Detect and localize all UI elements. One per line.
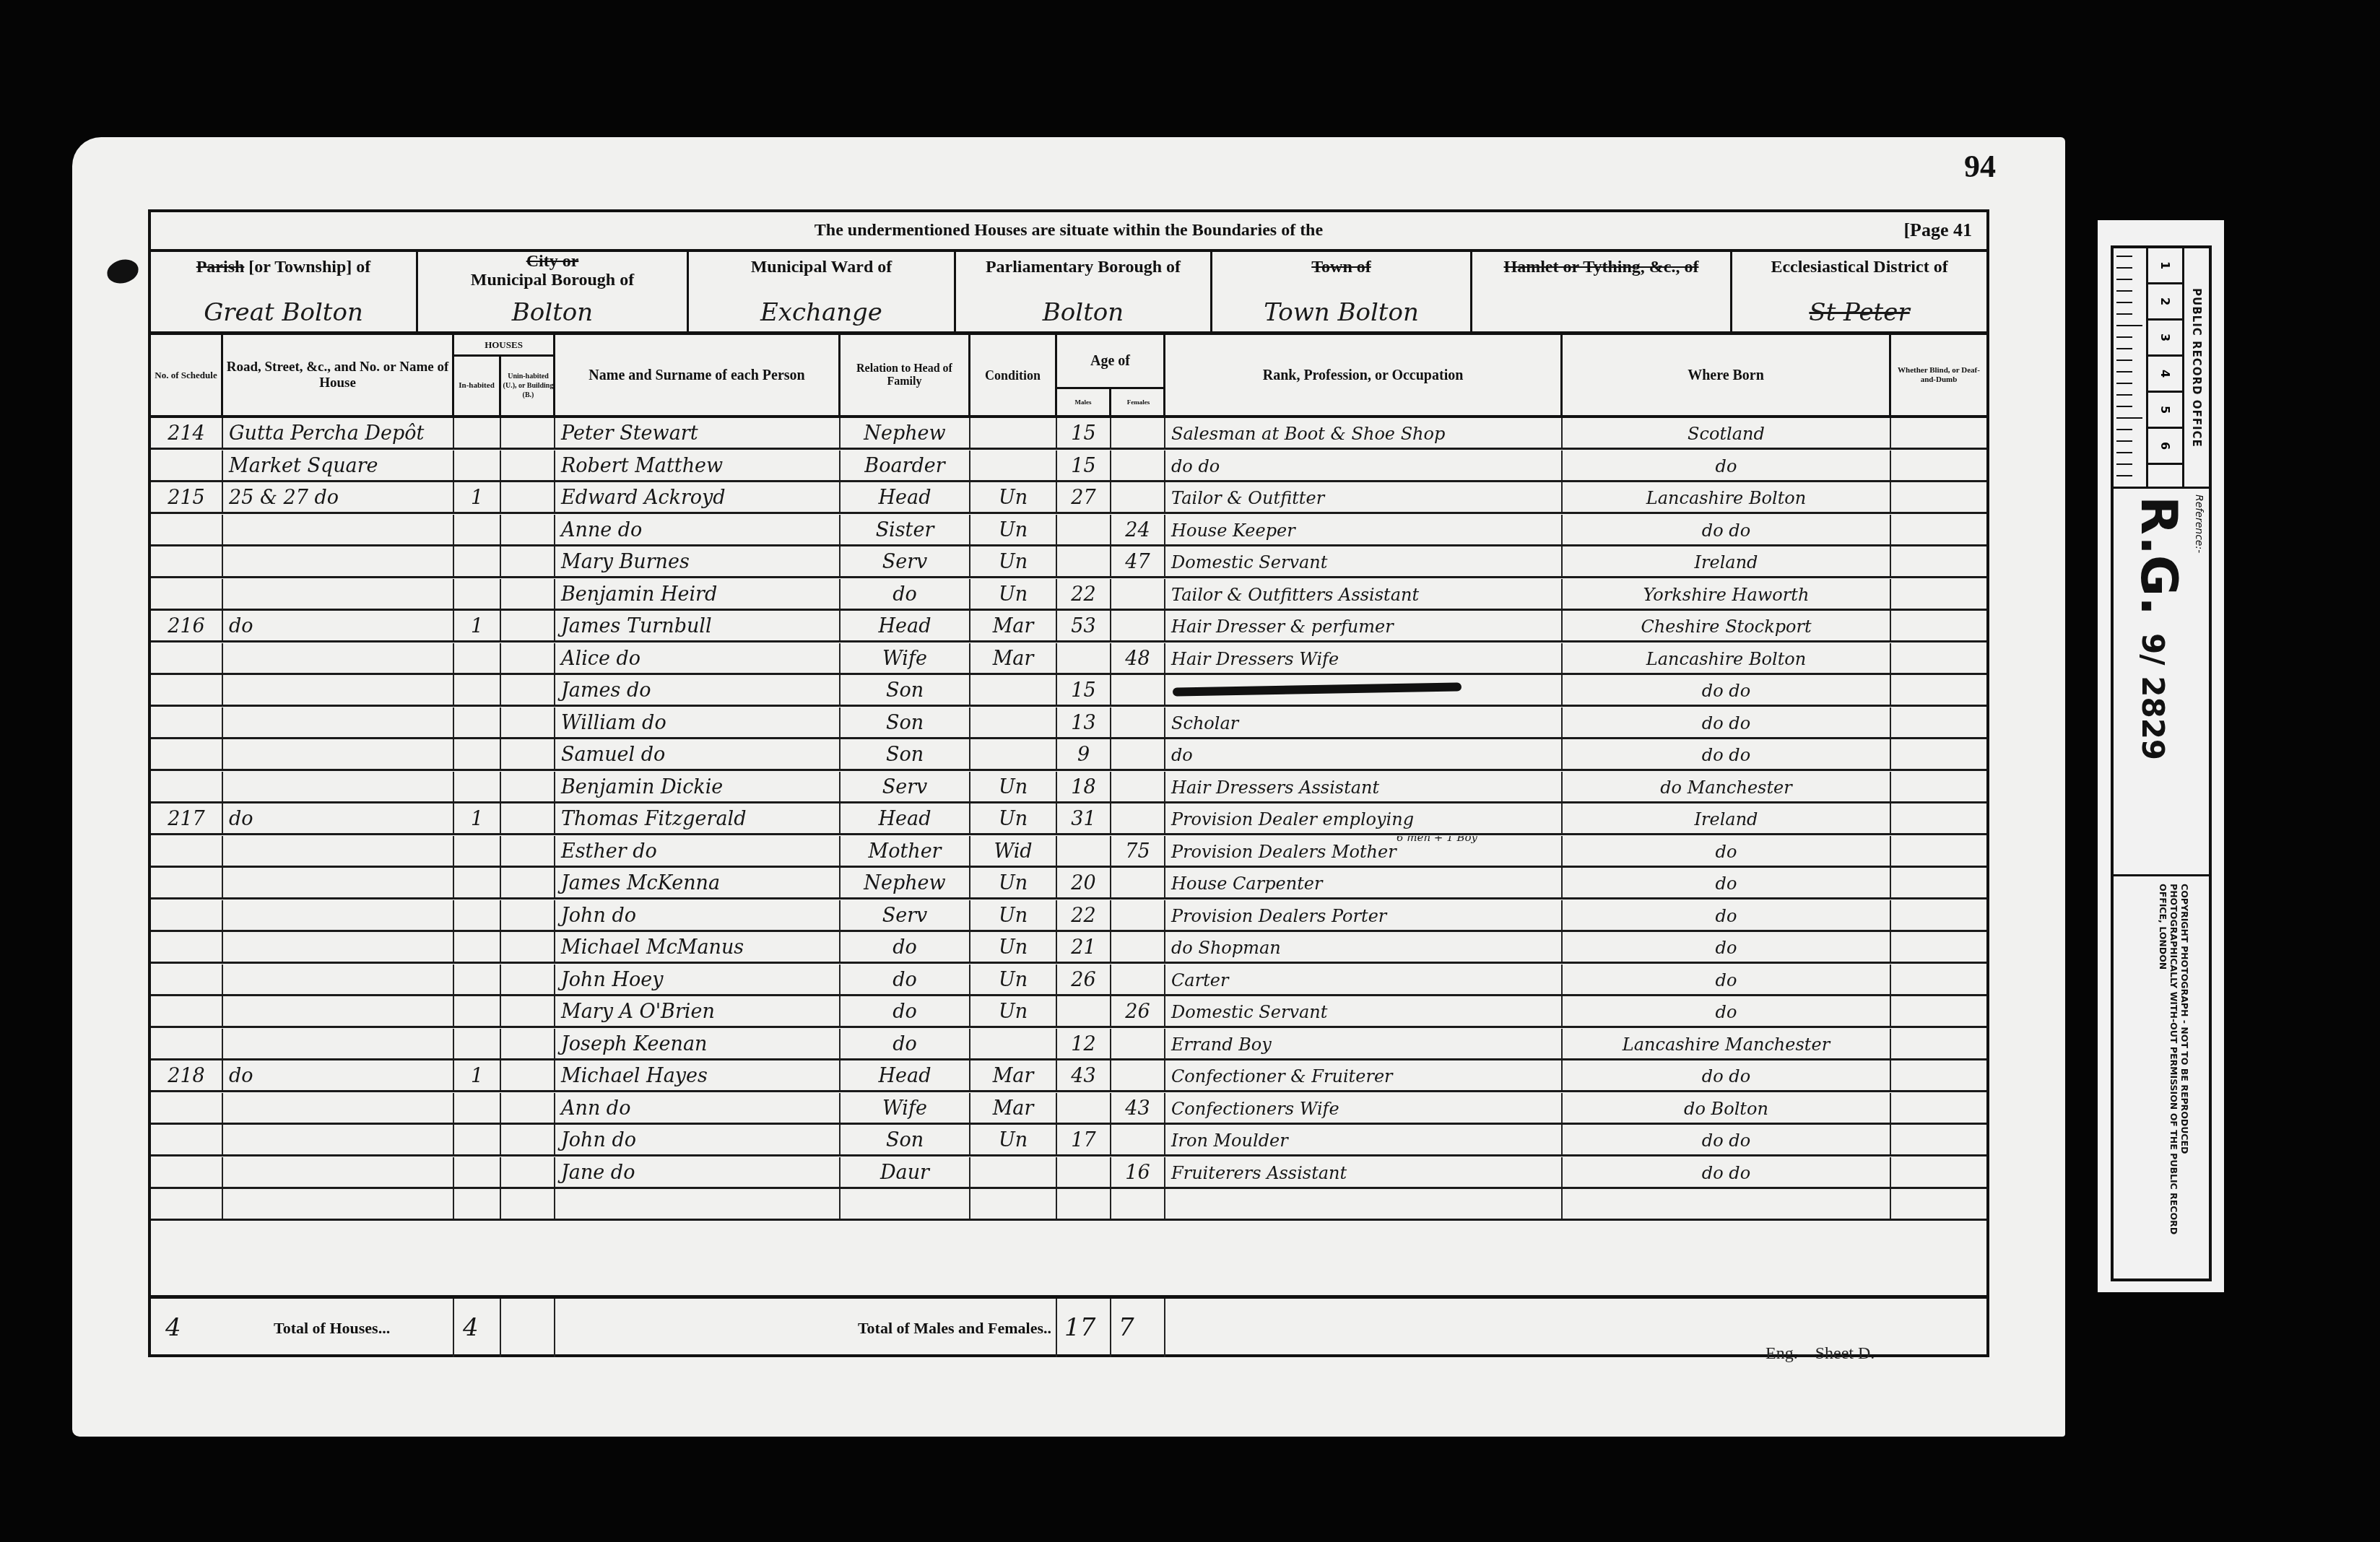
cell-female-age [1111, 579, 1165, 609]
cell-condition: Un [970, 1125, 1057, 1154]
cell-inhabited [454, 1157, 501, 1187]
cell-relation: Daur [841, 1157, 970, 1187]
cell-female-age: 26 [1111, 996, 1165, 1026]
cell-occupation: Hair Dressers Wife [1165, 643, 1563, 673]
cell-male-age: 17 [1057, 1125, 1111, 1154]
ruler-tick [2116, 290, 2132, 292]
cell-occupation: Scholar [1165, 707, 1563, 737]
reference-prefix: R.G. [2129, 496, 2189, 616]
total-schedules: 4 [165, 1313, 181, 1342]
cell-road [223, 964, 454, 994]
cell-where-born: do do [1563, 739, 1891, 769]
cell-female-age: 24 [1111, 515, 1165, 544]
cell-name: Esther do [555, 836, 841, 866]
form-title-row: The undermentioned Houses are situate wi… [151, 212, 1986, 252]
cell-male-age: 22 [1057, 900, 1111, 930]
total-females: 7 [1119, 1313, 1134, 1342]
cell-name: James Turnbull [555, 611, 841, 640]
cell-blind-deaf [1891, 482, 1986, 512]
cell-male-age: 12 [1057, 1029, 1111, 1058]
cell-male-age: 20 [1057, 868, 1111, 897]
table-row: Benjamin HeirddoUn22Tailor & Outfitters … [151, 579, 1986, 611]
cell-relation: Head [841, 803, 970, 833]
cell-inhabited [454, 418, 501, 448]
cell-relation: Son [841, 707, 970, 737]
cell-occupation: Iron Moulder [1165, 1125, 1563, 1154]
cell-occupation: Salesman at Boot & Shoe Shop [1165, 418, 1563, 448]
table-row: Benjamin DickieServUn18Hair Dressers Ass… [151, 772, 1986, 803]
location-value: Exchange [689, 298, 954, 327]
label-struck: Town of [1311, 258, 1371, 276]
cell-blind-deaf [1891, 1093, 1986, 1123]
cell-condition: Mar [970, 1060, 1057, 1090]
cell-where-born: Ireland [1563, 803, 1891, 833]
cell-where-born: Lancashire Manchester [1563, 1029, 1891, 1058]
cell-female-age [1111, 1029, 1165, 1058]
location-parliamentary-borough: Parliamentary Borough of Bolton [956, 252, 1212, 331]
cell-road [223, 900, 454, 930]
cell-occupation: Hair Dresser & perfumer [1165, 611, 1563, 640]
col-houses: HOUSES In-habited Unin-habited (U.), or … [454, 335, 555, 415]
cell-male-age: 15 [1057, 675, 1111, 705]
cell-blind-deaf [1891, 643, 1986, 673]
cell-blind-deaf [1891, 932, 1986, 962]
scale-label: 2 [2158, 297, 2172, 305]
cell-relation: do [841, 964, 970, 994]
label: Parliamentary Borough of [986, 258, 1181, 276]
cell-condition [970, 1189, 1057, 1219]
cell-male-age: 21 [1057, 932, 1111, 962]
cell-condition [970, 1029, 1057, 1058]
cell-blind-deaf [1891, 579, 1986, 609]
cell-occupation: do Shopman [1165, 932, 1563, 962]
reference-box: Reference:- R.G. 9/ 2829 [2114, 487, 2209, 876]
cell-road [223, 515, 454, 544]
cell-female-age [1111, 675, 1165, 705]
cell-uninhabited [501, 1029, 555, 1058]
cell-where-born [1563, 1189, 1891, 1219]
cell-inhabited [454, 643, 501, 673]
cell-inhabited [454, 836, 501, 866]
cell-blind-deaf [1891, 450, 1986, 480]
scale-label: 6 [2158, 442, 2172, 450]
cell-male-age: 27 [1057, 482, 1111, 512]
cell-relation: Son [841, 675, 970, 705]
cell-where-born: do [1563, 836, 1891, 866]
cell-blind-deaf [1891, 868, 1986, 897]
table-row: Esther doMotherWid75Provision Dealers Mo… [151, 836, 1986, 868]
cell-name: Mary Burnes [555, 546, 841, 576]
cell-uninhabited [501, 772, 555, 801]
cell-relation: Son [841, 1125, 970, 1154]
cell-relation: Head [841, 611, 970, 640]
cell-schedule [151, 1189, 223, 1219]
cell-road [223, 1189, 454, 1219]
scale-label: 3 [2158, 334, 2172, 341]
cell-inhabited [454, 1093, 501, 1123]
public-record-office-label: PUBLIC RECORD OFFICE [2184, 248, 2209, 487]
cell-road [223, 1093, 454, 1123]
cell-blind-deaf [1891, 772, 1986, 801]
cell-condition: Mar [970, 643, 1057, 673]
col-inhabited: In-habited [454, 357, 501, 415]
cell-uninhabited [501, 803, 555, 833]
cell-female-age [1111, 739, 1165, 769]
cell-inhabited [454, 964, 501, 994]
cell-relation: Serv [841, 772, 970, 801]
folio-number: 94 [1964, 148, 1996, 185]
cell-schedule: 216 [151, 611, 223, 640]
cell-schedule [151, 707, 223, 737]
ruler-tick [2116, 336, 2132, 338]
cell-schedule [151, 996, 223, 1026]
cell-name: Joseph Keenan [555, 1029, 841, 1058]
cell-name: Peter Stewart [555, 418, 841, 448]
cell-uninhabited [501, 611, 555, 640]
cell-blind-deaf [1891, 1157, 1986, 1187]
label-struck: Hamlet or Tything, &c., of [1504, 258, 1699, 276]
cell-condition: Un [970, 964, 1057, 994]
cell-male-age: 26 [1057, 964, 1111, 994]
cell-female-age [1111, 932, 1165, 962]
label: Municipal Ward of [751, 258, 892, 276]
cell-occupation: Domestic Servant [1165, 546, 1563, 576]
cell-schedule [151, 675, 223, 705]
cell-female-age: 48 [1111, 643, 1165, 673]
cell-road: do [223, 803, 454, 833]
cell-road [223, 1029, 454, 1058]
ruler-tick [2116, 279, 2132, 280]
cell-uninhabited [501, 868, 555, 897]
cell-schedule [151, 579, 223, 609]
cell-uninhabited [501, 1060, 555, 1090]
location-town: Town of Town Bolton [1212, 252, 1472, 331]
cell-schedule [151, 1157, 223, 1187]
cell-occupation: Domestic Servant [1165, 996, 1563, 1026]
cell-relation: Nephew [841, 868, 970, 897]
cell-name: Jane do [555, 1157, 841, 1187]
cell-relation: Wife [841, 1093, 970, 1123]
scale-5: 5 [2148, 393, 2182, 429]
cell-relation: do [841, 1029, 970, 1058]
cell-inhabited: 1 [454, 803, 501, 833]
cell-female-age [1111, 803, 1165, 833]
cell-blind-deaf [1891, 1029, 1986, 1058]
cell-inhabited [454, 1125, 501, 1154]
cell-occupation: do [1165, 739, 1563, 769]
cell-occupation: Provision Dealers Porter [1165, 900, 1563, 930]
cell-male-age: 15 [1057, 418, 1111, 448]
cell-where-born: do do [1563, 675, 1891, 705]
location-municipal-borough: City orMunicipal Borough of Bolton [418, 252, 689, 331]
cell-relation: Head [841, 1060, 970, 1090]
cell-name: Robert Matthew [555, 450, 841, 480]
cell-relation: Serv [841, 900, 970, 930]
cell-road: do [223, 611, 454, 640]
cell-inhabited: 1 [454, 611, 501, 640]
cell-name: William do [555, 707, 841, 737]
cell-relation [841, 1189, 970, 1219]
cell-where-born: do [1563, 868, 1891, 897]
office-name: PUBLIC RECORD OFFICE [2190, 288, 2203, 448]
cell-female-age [1111, 772, 1165, 801]
table-row: John doServUn22Provision Dealers Porterd… [151, 900, 1986, 932]
cell-occupation: Fruiterers Assistant [1165, 1157, 1563, 1187]
cell-road [223, 772, 454, 801]
scale-label: 1 [2158, 261, 2172, 269]
cell-inhabited [454, 868, 501, 897]
scale-1: 1 [2148, 248, 2182, 284]
cell-occupation: Errand Boy [1165, 1029, 1563, 1058]
cell-where-born: Scotland [1563, 418, 1891, 448]
cell-female-age [1111, 868, 1165, 897]
cell-male-age [1057, 1093, 1111, 1123]
cell-uninhabited [501, 579, 555, 609]
cell-occupation: do do [1165, 450, 1563, 480]
cell-male-age: 43 [1057, 1060, 1111, 1090]
cell-condition: Un [970, 482, 1057, 512]
total-persons-label: Total of Males and Females.. [858, 1319, 1051, 1338]
cell-where-born: do do [1563, 1125, 1891, 1154]
cell-blind-deaf [1891, 900, 1986, 930]
cell-blind-deaf [1891, 1060, 1986, 1090]
cell-female-age [1111, 450, 1165, 480]
cell-uninhabited [501, 1157, 555, 1187]
cell-where-born: do [1563, 996, 1891, 1026]
ruler-tick [2116, 440, 2132, 442]
cell-condition: Mar [970, 1093, 1057, 1123]
cell-schedule: 214 [151, 418, 223, 448]
cell-schedule [151, 643, 223, 673]
cell-uninhabited [501, 900, 555, 930]
table-row: Samuel doSon9dodo do [151, 739, 1986, 771]
cell-condition [970, 1157, 1057, 1187]
cell-where-born: do [1563, 450, 1891, 480]
cell-occupation: Provision Dealers Mother6 men + 1 Boy [1165, 836, 1563, 866]
cell-relation: do [841, 996, 970, 1026]
cell-condition: Un [970, 900, 1057, 930]
cell-uninhabited [501, 1189, 555, 1219]
cell-female-age [1111, 482, 1165, 512]
cell-blind-deaf [1891, 1125, 1986, 1154]
scale-6: 6 [2148, 429, 2182, 465]
cell-condition [970, 418, 1057, 448]
cell-uninhabited [501, 996, 555, 1026]
scale-3: 3 [2148, 321, 2182, 357]
table-row: Anne doSisterUn24House Keeperdo do [151, 515, 1986, 546]
cell-road: do [223, 1060, 454, 1090]
cell-road [223, 707, 454, 737]
cell-road [223, 1125, 454, 1154]
cell-where-born: do Bolton [1563, 1093, 1891, 1123]
cell-where-born: do [1563, 932, 1891, 962]
cell-inhabited [454, 675, 501, 705]
cell-road [223, 836, 454, 866]
cell-occupation: Confectioner & Fruiterer [1165, 1060, 1563, 1090]
cell-schedule [151, 964, 223, 994]
location-row: Parish [or Township] of Great Bolton Cit… [151, 252, 1986, 335]
cell-female-age [1111, 900, 1165, 930]
cell-female-age: 75 [1111, 836, 1165, 866]
table-row: 216do1James TurnbullHeadMar53Hair Dresse… [151, 611, 1986, 642]
cell-occupation: Hair Dressers Assistant [1165, 772, 1563, 801]
cell-name: Samuel do [555, 739, 841, 769]
cell-male-age [1057, 643, 1111, 673]
cell-uninhabited [501, 1125, 555, 1154]
cell-blind-deaf [1891, 739, 1986, 769]
label: [or Township] of [248, 258, 370, 276]
ruler-tick [2116, 371, 2132, 373]
cell-condition: Un [970, 932, 1057, 962]
cell-schedule [151, 772, 223, 801]
cell-name: Edward Ackroyd [555, 482, 841, 512]
cell-inhabited [454, 450, 501, 480]
cell-road [223, 932, 454, 962]
cell-inhabited [454, 546, 501, 576]
cell-blind-deaf [1891, 964, 1986, 994]
table-row: Joseph Keenando12Errand BoyLancashire Ma… [151, 1029, 1986, 1060]
cell-where-born: do do [1563, 707, 1891, 737]
cell-road: Gutta Percha Depôt [223, 418, 454, 448]
cell-road [223, 675, 454, 705]
cell-condition [970, 675, 1057, 705]
cell-uninhabited [501, 739, 555, 769]
cell-schedule [151, 868, 223, 897]
cell-condition: Un [970, 772, 1057, 801]
ruler-tick [2116, 394, 2132, 396]
table-row: James doSon15[struck out]do do [151, 675, 1986, 707]
cell-schedule [151, 1125, 223, 1154]
cell-where-born: do do [1563, 1157, 1891, 1187]
cell-schedule [151, 450, 223, 480]
col-name: Name and Surname of each Person [555, 335, 841, 415]
cell-schedule: 217 [151, 803, 223, 833]
cell-uninhabited [501, 450, 555, 480]
cell-name: Benjamin Dickie [555, 772, 841, 801]
table-row: William doSon13Scholardo do [151, 707, 1986, 739]
table-row: 217do1Thomas FitzgeraldHeadUn31Provision… [151, 803, 1986, 835]
cell-name: James do [555, 675, 841, 705]
cell-road: 25 & 27 do [223, 482, 454, 512]
cell-name: Anne do [555, 515, 841, 544]
ruler-tick [2116, 360, 2132, 361]
cell-where-born: Yorkshire Haworth [1563, 579, 1891, 609]
table-row [151, 1189, 1986, 1221]
scale-2: 2 [2148, 284, 2182, 321]
cell-condition: Un [970, 546, 1057, 576]
cell-inhabited [454, 772, 501, 801]
col-road: Road, Street, &c., and No. or Name of Ho… [223, 335, 454, 415]
table-row: Ann doWifeMar43Confectioners Wifedo Bolt… [151, 1093, 1986, 1125]
col-where-born: Where Born [1563, 335, 1891, 415]
column-header-row: No. of Schedule Road, Street, &c., and N… [151, 335, 1986, 418]
cell-female-age: 47 [1111, 546, 1165, 576]
ruler-tick [2116, 452, 2132, 453]
col-blind-deaf: Whether Blind, or Deaf-and-Dumb [1891, 335, 1986, 415]
cell-occupation: Confectioners Wife [1165, 1093, 1563, 1123]
col-schedule: No. of Schedule [151, 335, 223, 415]
cell-relation: Boarder [841, 450, 970, 480]
total-males: 17 [1064, 1313, 1095, 1342]
cell-blind-deaf [1891, 803, 1986, 833]
totals-uninhabited-cell [501, 1299, 555, 1357]
cell-road [223, 579, 454, 609]
cell-road [223, 1157, 454, 1187]
cell-relation: Sister [841, 515, 970, 544]
cell-female-age [1111, 1125, 1165, 1154]
cell-name [555, 1189, 841, 1219]
cell-where-born: Lancashire Bolton [1563, 643, 1891, 673]
cell-uninhabited [501, 964, 555, 994]
cell-occupation: Tailor & Outfitter [1165, 482, 1563, 512]
totals-houses-cell: 4 [454, 1299, 501, 1357]
cell-road [223, 546, 454, 576]
ruler-tick [2116, 463, 2132, 465]
cell-where-born: do do [1563, 1060, 1891, 1090]
cell-blind-deaf [1891, 546, 1986, 576]
cell-occupation: Carter [1165, 964, 1563, 994]
location-ecclesiastical-district: Ecclesiastical District of St Peter [1732, 252, 1986, 331]
cell-uninhabited [501, 675, 555, 705]
totals-persons-label-cell: Total of Males and Females.. [555, 1299, 1057, 1357]
cell-female-age [1111, 611, 1165, 640]
cell-female-age: 16 [1111, 1157, 1165, 1187]
copyright-notice: COPYRIGHT PHOTOGRAPH - NOT TO BE REPRODU… [2114, 876, 2209, 1279]
table-row: 21525 & 27 do1Edward AckroydHeadUn27Tail… [151, 482, 1986, 514]
location-municipal-ward: Municipal Ward of Exchange [689, 252, 956, 331]
cell-uninhabited [501, 546, 555, 576]
cell-name: John do [555, 1125, 841, 1154]
cell-inhabited [454, 996, 501, 1026]
location-value: Bolton [956, 298, 1210, 327]
cell-relation: Wife [841, 643, 970, 673]
sheet-note: Eng.—Sheet D. [1766, 1344, 1875, 1364]
totals-schedules-cell: 4 Total of Houses... [151, 1299, 454, 1357]
cell-name: Ann do [555, 1093, 841, 1123]
cell-male-age: 18 [1057, 772, 1111, 801]
ruler-tick [2116, 256, 2132, 257]
cell-inhabited [454, 1189, 501, 1219]
cell-male-age: 9 [1057, 739, 1111, 769]
cell-inhabited [454, 900, 501, 930]
ruler-tick [2116, 383, 2132, 384]
label: Ecclesiastical District of [1771, 258, 1947, 276]
cell-female-age [1111, 707, 1165, 737]
cell-uninhabited [501, 1093, 555, 1123]
col-age: Age of Males Females [1057, 335, 1165, 415]
cell-inhabited [454, 739, 501, 769]
cell-schedule [151, 1029, 223, 1058]
col-condition: Condition [970, 335, 1057, 415]
location-parish: Parish [or Township] of Great Bolton [151, 252, 418, 331]
form-title: The undermentioned Houses are situate wi… [151, 221, 1986, 240]
cell-blind-deaf [1891, 675, 1986, 705]
location-hamlet: Hamlet or Tything, &c., of [1472, 252, 1732, 331]
cell-uninhabited [501, 482, 555, 512]
table-row: Mary BurnesServUn47Domestic ServantIrela… [151, 546, 1986, 578]
cell-road [223, 643, 454, 673]
cell-blind-deaf [1891, 707, 1986, 737]
cell-condition [970, 707, 1057, 737]
location-value: Town Bolton [1212, 298, 1470, 327]
cell-relation: Serv [841, 546, 970, 576]
cell-where-born: Cheshire Stockport [1563, 611, 1891, 640]
cell-relation: Head [841, 482, 970, 512]
cell-occupation: Provision Dealer employing [1165, 803, 1563, 833]
cell-male-age [1057, 515, 1111, 544]
archive-strip-frame: 1 2 3 4 5 6 PUBLIC RECORD OFFICE Referen… [2111, 245, 2212, 1281]
cell-uninhabited [501, 932, 555, 962]
